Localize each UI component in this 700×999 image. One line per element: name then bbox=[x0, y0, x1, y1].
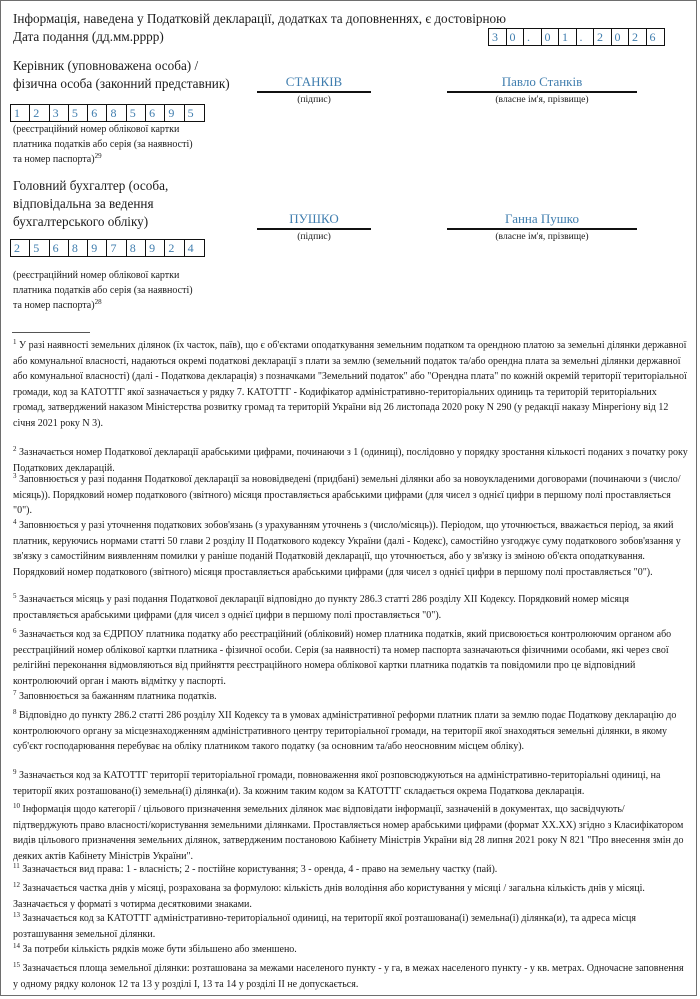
reg-caption-line1: (реєстраційний номер облікової картки bbox=[13, 268, 193, 283]
director-label-line2: фізична особа (законний представник) bbox=[13, 75, 230, 93]
footnote-4: 4 Заповнюється у разі уточнення податков… bbox=[13, 518, 689, 580]
footnote-12: 12 Зазначається частка днів у місяці, ро… bbox=[13, 881, 689, 912]
accountant-name[interactable]: Ганна Пушко bbox=[447, 211, 637, 227]
footnote-text: Зазначається код за КАТОТТГ адміністрати… bbox=[13, 913, 636, 940]
char-cell: 8 bbox=[127, 240, 146, 256]
char-cell: 9 bbox=[146, 240, 165, 256]
footnote-number: 11 bbox=[13, 862, 20, 870]
char-cell: 7 bbox=[107, 240, 126, 256]
footnote-number: 10 bbox=[13, 802, 20, 810]
footnote-ref: 28 bbox=[95, 298, 102, 306]
reg-caption-line3: та номер паспорта)28 bbox=[13, 298, 193, 313]
footnote-text: Відповідно до пункту 286.2 статті 286 ро… bbox=[13, 710, 676, 752]
char-cell: 4 bbox=[185, 240, 204, 256]
footnote-15: 15 Зазначається площа земельної ділянки:… bbox=[13, 961, 689, 992]
accountant-label-line2: відповідальна за ведення bbox=[13, 195, 154, 213]
char-cell: 2 bbox=[594, 29, 612, 45]
footnote-3: 3 Заповнюється у разі подання Податкової… bbox=[13, 472, 689, 519]
footnote-5: 5 Зазначається місяць у разі подання Под… bbox=[13, 592, 689, 623]
char-cell: 5 bbox=[30, 240, 49, 256]
footnote-number: 13 bbox=[13, 911, 20, 919]
char-cell: 0 bbox=[612, 29, 630, 45]
char-cell: 1 bbox=[11, 105, 30, 121]
name-caption: (власне ім'я, прізвище) bbox=[447, 230, 637, 243]
director-label-line1: Керівник (уповноважена особа) / bbox=[13, 57, 198, 75]
reg-caption-line2: платника податків або серія (за наявност… bbox=[13, 137, 193, 152]
char-cell: 8 bbox=[107, 105, 126, 121]
reg-caption-line2: платника податків або серія (за наявност… bbox=[13, 283, 193, 298]
char-cell: . bbox=[524, 29, 542, 45]
director-reg-number-field[interactable]: 1235685695 bbox=[10, 104, 205, 122]
footnote-11: 11 Зазначається вид права: 1 - власність… bbox=[13, 862, 689, 878]
footnote-13: 13 Зазначається код за КАТОТТГ адміністр… bbox=[13, 911, 689, 942]
char-cell: 6 bbox=[146, 105, 165, 121]
char-cell: 0 bbox=[542, 29, 560, 45]
char-cell: 3 bbox=[50, 105, 69, 121]
footnote-separator bbox=[12, 332, 90, 333]
signature-caption: (підпис) bbox=[257, 93, 371, 106]
footnote-text: Зазначається код за ЄДРПОУ платника пода… bbox=[13, 629, 671, 687]
char-cell: 5 bbox=[127, 105, 146, 121]
char-cell: 9 bbox=[88, 240, 107, 256]
footnote-text: Зазначається код за КАТОТТГ території те… bbox=[13, 770, 660, 797]
director-reg-caption: (реєстраційний номер облікової картки пл… bbox=[13, 122, 193, 167]
footnote-1: 1 У разі наявності земельних ділянок (їх… bbox=[13, 338, 689, 432]
char-cell: 2 bbox=[11, 240, 30, 256]
char-cell: 8 bbox=[69, 240, 88, 256]
char-cell: 2 bbox=[30, 105, 49, 121]
director-name-block: Павло Станків (власне ім'я, прізвище) bbox=[447, 74, 637, 106]
reg-caption-text: та номер паспорта) bbox=[13, 300, 95, 311]
reg-caption-line3: та номер паспорта)29 bbox=[13, 152, 193, 167]
footnote-8: 8 Відповідно до пункту 286.2 статті 286 … bbox=[13, 708, 689, 755]
char-cell: 1 bbox=[559, 29, 577, 45]
footnote-14: 14 За потреби кількість рядків може бути… bbox=[13, 942, 689, 958]
char-cell: 5 bbox=[185, 105, 204, 121]
char-cell: 6 bbox=[88, 105, 107, 121]
char-cell: 2 bbox=[629, 29, 647, 45]
footnote-number: 12 bbox=[13, 881, 20, 889]
footnote-text: Заповнюється у разі уточнення податкових… bbox=[13, 520, 681, 578]
footnote-text: Заповнюється у разі подання Податкової д… bbox=[13, 474, 681, 516]
footnote-text: Заповнюється за бажанням платника податк… bbox=[17, 691, 217, 702]
footnote-text: Зазначається площа земельної ділянки: ро… bbox=[13, 963, 684, 990]
footnote-text: Зазначається частка днів у місяці, розра… bbox=[13, 883, 645, 910]
footnote-ref: 29 bbox=[95, 152, 102, 160]
footnote-text: Зазначається місяць у разі подання Подат… bbox=[13, 594, 629, 621]
footnote-7: 7 Заповнюється за бажанням платника пода… bbox=[13, 689, 689, 705]
reg-caption-text: та номер паспорта) bbox=[13, 154, 95, 165]
name-caption: (власне ім'я, прізвище) bbox=[447, 93, 637, 106]
accountant-name-block: Ганна Пушко (власне ім'я, прізвище) bbox=[447, 211, 637, 243]
char-cell: 0 bbox=[507, 29, 525, 45]
declaration-page: Інформація, наведена у Податковій деклар… bbox=[0, 0, 697, 996]
accountant-signature-block: ПУШКО (підпис) bbox=[257, 211, 371, 243]
signature-caption: (підпис) bbox=[257, 230, 371, 243]
char-cell: 9 bbox=[165, 105, 184, 121]
footnote-text: Зазначається номер Податкової декларації… bbox=[13, 447, 688, 474]
footnote-number: 15 bbox=[13, 961, 20, 969]
footnote-text: У разі наявності земельних ділянок (їх ч… bbox=[13, 340, 687, 429]
footnote-6: 6 Зазначається код за ЄДРПОУ платника по… bbox=[13, 627, 689, 689]
accountant-reg-number-field[interactable]: 2568978924 bbox=[10, 239, 205, 257]
submission-date-field[interactable]: 30.01.2026 bbox=[488, 28, 665, 46]
accountant-signature[interactable]: ПУШКО bbox=[257, 211, 371, 227]
director-signature[interactable]: СТАНКІВ bbox=[257, 74, 371, 90]
footnote-text: За потреби кількість рядків може бути зб… bbox=[20, 944, 297, 955]
accountant-reg-caption: (реєстраційний номер облікової картки пл… bbox=[13, 268, 193, 313]
char-cell: 6 bbox=[50, 240, 69, 256]
accountant-label-line1: Головний бухгалтер (особа, bbox=[13, 177, 168, 195]
reg-caption-line1: (реєстраційний номер облікової картки bbox=[13, 122, 193, 137]
director-name[interactable]: Павло Станків bbox=[447, 74, 637, 90]
char-cell: 5 bbox=[69, 105, 88, 121]
footnote-number: 14 bbox=[13, 942, 20, 950]
footnote-text: Інформація щодо категорії / цільового пр… bbox=[13, 804, 683, 862]
submission-date-label: Дата подання (дд.мм.рррр) bbox=[13, 28, 164, 46]
footnote-text: Зазначається вид права: 1 - власність; 2… bbox=[20, 864, 498, 875]
char-cell: 2 bbox=[165, 240, 184, 256]
accuracy-statement: Інформація, наведена у Податковій деклар… bbox=[13, 10, 506, 28]
accountant-label-line3: бухгалтерського обліку) bbox=[13, 213, 148, 231]
char-cell: . bbox=[577, 29, 595, 45]
director-signature-block: СТАНКІВ (підпис) bbox=[257, 74, 371, 106]
char-cell: 3 bbox=[489, 29, 507, 45]
footnote-9: 9 Зазначається код за КАТОТТГ території … bbox=[13, 768, 689, 799]
char-cell: 6 bbox=[647, 29, 665, 45]
footnote-10: 10 Інформація щодо категорії / цільового… bbox=[13, 802, 689, 864]
